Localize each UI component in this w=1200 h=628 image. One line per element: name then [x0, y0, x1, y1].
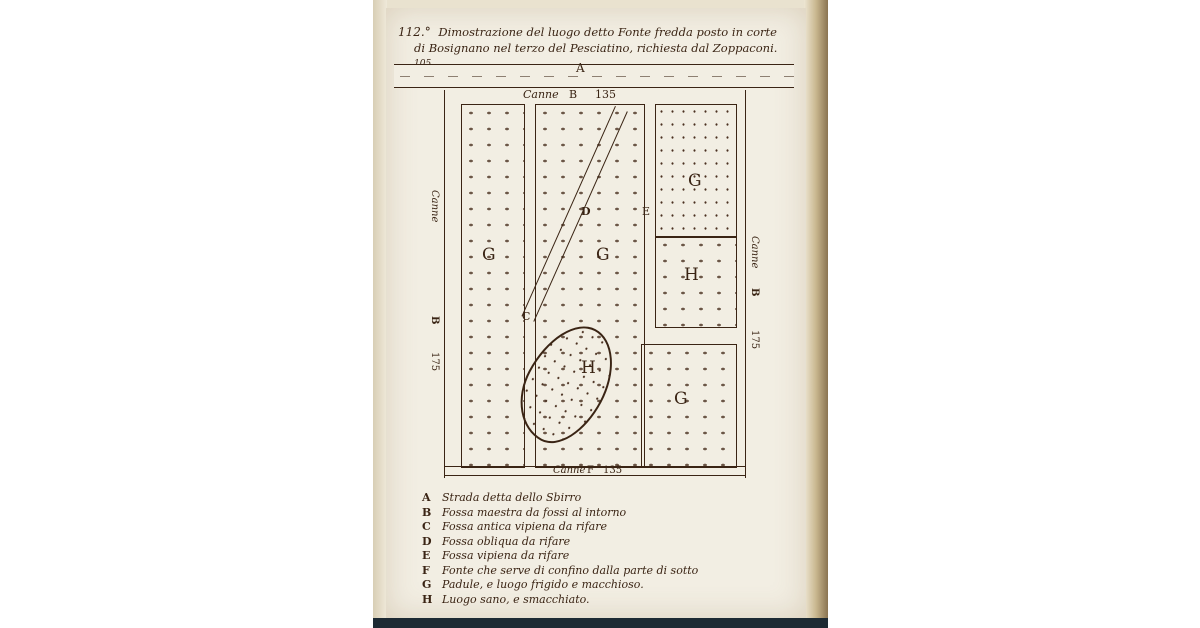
page-edge-left: [373, 0, 387, 628]
bottom-measure-value: 135: [603, 465, 622, 476]
map-legend: AStrada detta dello Sbirro BFossa maestr…: [422, 491, 782, 607]
right-measure-value: 175: [749, 330, 760, 349]
road-strip: A: [394, 64, 794, 88]
top-measure-unit: Canne: [523, 88, 559, 101]
right-middle-field: H: [655, 236, 737, 328]
legend-key: F: [422, 564, 434, 579]
legend-text: Fossa obliqua da rifare: [442, 535, 570, 550]
legend-row: FFonte che serve di confino dalla parte …: [422, 564, 782, 579]
legend-row: AStrada detta dello Sbirro: [422, 491, 782, 506]
left-field: G: [461, 104, 525, 468]
legend-key: H: [422, 593, 434, 608]
legend-text: Luogo sano, e smacchiato.: [442, 593, 590, 608]
region-label-pond: H: [581, 358, 596, 378]
legend-row: EFossa vipiena da rifare: [422, 549, 782, 564]
title-line-2: di Bosignano nel terzo del Pesciatino, r…: [414, 41, 777, 55]
lower-right-field: G: [641, 344, 737, 468]
legend-key: D: [422, 535, 434, 550]
right-measure-unit: Canne: [749, 236, 760, 268]
legend-key: G: [422, 578, 434, 593]
left-measure-unit: Canne: [429, 190, 440, 222]
region-label-center-field: G: [596, 245, 610, 265]
region-label-right-middle-field: H: [684, 265, 699, 285]
title-line-1: Dimostrazione del luogo detto Fonte fred…: [438, 25, 777, 39]
legend-text: Padule, e luogo frigido e macchioso.: [442, 578, 644, 593]
scan-background-bottom: [373, 618, 828, 628]
map-plan: Canne B 135 Canne B 175 Canne B 175 G G …: [444, 90, 746, 478]
legend-text: Strada detta dello Sbirro: [442, 491, 581, 506]
legend-row: DFossa obliqua da rifare: [422, 535, 782, 550]
bottom-ditch: [445, 466, 745, 476]
legend-text: Fossa vipiena da rifare: [442, 549, 569, 564]
legend-row: CFossa antica vipiena da rifare: [422, 520, 782, 535]
top-measure-letter: B: [569, 88, 577, 101]
road-label: A: [576, 61, 585, 75]
legend-row: GPadule, e luogo frigido e macchioso.: [422, 578, 782, 593]
legend-text: Fonte che serve di confino dalla parte d…: [442, 564, 698, 579]
top-measure-value: 135: [595, 88, 616, 101]
manuscript-page: 112.° Dimostrazione del luogo detto Font…: [386, 8, 806, 618]
bottom-measure-letter: F: [587, 465, 594, 476]
legend-key: C: [422, 520, 434, 535]
region-label-lower-right-field: G: [674, 389, 688, 409]
left-measure-value: 175: [429, 352, 440, 371]
legend-text: Fossa antica vipiena da rifare: [442, 520, 607, 535]
legend-row: BFossa maestra da fossi al intorno: [422, 506, 782, 521]
right-measure-letter: B: [749, 288, 760, 296]
title-number: 112.°: [398, 25, 431, 39]
ditch-letter-e: E: [642, 205, 650, 218]
bottom-measure-unit: Canne: [553, 465, 585, 476]
legend-key: E: [422, 549, 434, 564]
upper-right-field: G E: [655, 104, 737, 238]
legend-row: HLuogo sano, e smacchiato.: [422, 593, 782, 608]
page-edges-right: [804, 0, 828, 628]
region-label-left-field: G: [482, 245, 496, 265]
legend-key: B: [422, 506, 434, 521]
region-label-upper-right-field: G: [688, 171, 702, 191]
legend-text: Fossa maestra da fossi al intorno: [442, 506, 626, 521]
legend-key: A: [422, 491, 434, 506]
left-measure-letter: B: [429, 316, 440, 324]
